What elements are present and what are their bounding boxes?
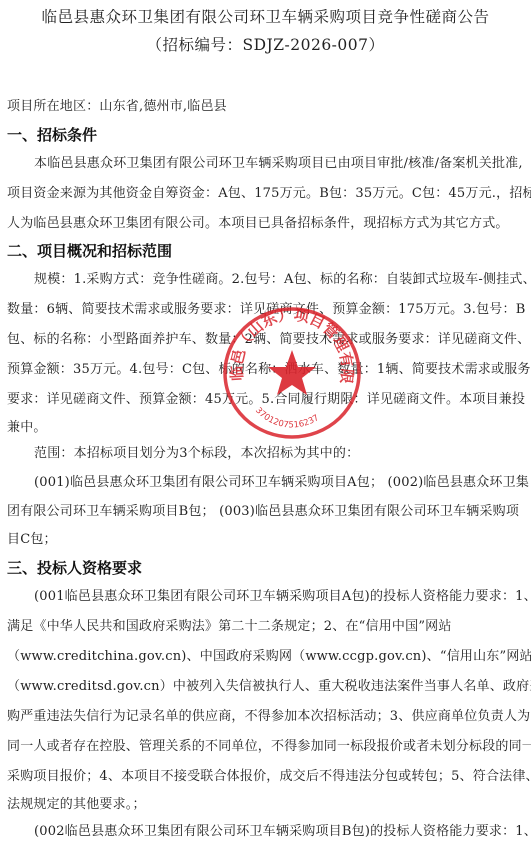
- paragraph-line: 项目资金来源为其他资金自筹资金：A包、175万元。B包：35万元。C包：45万元…: [7, 186, 527, 202]
- paragraph-line: 规模：1.采购方式：竞争性磋商。2.包号：A包、标的名称：自装卸式垃圾车-侧挂式…: [34, 272, 531, 288]
- paragraph-line: 满足《中华人民共和国政府采购法》第二十二条规定；2、在“信用中国”网站: [7, 619, 527, 635]
- paragraph-line: （www.creditsd.gov.cn）中被列入失信被执行人、重大税收违法案件…: [7, 679, 527, 695]
- paragraph-line: 采购项目报价；4、本项目不接受联合体报价，成交后不得违法分包或转包；5、符合法律…: [7, 769, 527, 785]
- paragraph-line: （www.creditchina.gov.cn)、中国政府采购网（www.ccg…: [7, 649, 527, 665]
- paragraph-line: 预算金额：35万元。4.包号：C包、标的名称：洒水车、数量：1辆、简要技术需求或…: [7, 362, 527, 378]
- section-heading-bidder-qualifications: 三、投标人资格要求: [7, 557, 142, 578]
- paragraph-line: (002临邑县惠众环卫集团有限公司环卫车辆采购项目B包)的投标人资格能力要求：1…: [34, 824, 531, 840]
- paragraph-line: 本临邑县惠众环卫集团有限公司环卫车辆采购项目已由项目审批/核准/备案机关批准,: [34, 156, 531, 172]
- document-title: 临邑县惠众环卫集团有限公司环卫车辆采购项目竞争性磋商公告: [0, 5, 531, 27]
- tender-number: （招标编号：SDJZ-2026-007）: [0, 33, 531, 55]
- paragraph-line: 要求：详见磋商文件、预算金额：45万元。5.合同履行期限：详见磋商文件。本项目兼…: [7, 392, 527, 408]
- paragraph-line: (001)临邑县惠众环卫集团有限公司环卫车辆采购项目A包； (002)临邑县惠众…: [34, 475, 531, 491]
- paragraph-line: 数量：6辆、简要技术需求或服务要求：详见磋商文件、预算金额：175万元。3.包号…: [7, 302, 527, 318]
- section-heading-project-overview: 二、项目概况和招标范围: [7, 240, 172, 261]
- paragraph-line: 法规规定的其他要求。；: [7, 797, 527, 813]
- paragraph-line: 团有限公司环卫车辆采购项目B包； (003)临邑县惠众环卫集团有限公司环卫车辆采…: [7, 504, 527, 520]
- project-location: 项目所在地区：山东省,德州市,临邑县: [7, 99, 527, 115]
- section-heading-tender-conditions: 一、招标条件: [7, 124, 97, 145]
- paragraph-line: 同一人或者存在控股、管理关系的不同单位，不得参加同一标段报价或者未划分标段的同一: [7, 739, 527, 755]
- paragraph-line: 人为临邑县惠众环卫集团有限公司。本项目已具备招标条件，现招标方式为其它方式。: [7, 216, 527, 232]
- paragraph-line: 兼中。: [7, 420, 527, 436]
- paragraph-line: 购严重违法失信行为记录名单的供应商，不得参加本次招标活动；3、供应商单位负责人为: [7, 709, 527, 725]
- paragraph-line: 范围：本招标项目划分为3个标段，本次招标为其中的：: [34, 446, 531, 462]
- paragraph-line: 包、标的名称：小型路面养护车、数量：2辆、简要技术需求或服务要求：详见磋商文件、: [7, 332, 527, 348]
- paragraph-line: 目C包；: [7, 532, 527, 548]
- paragraph-line: (001临邑县惠众环卫集团有限公司环卫车辆采购项目A包)的投标人资格能力要求：1…: [34, 589, 531, 605]
- announcement-page: 临邑县惠众环卫集团有限公司环卫车辆采购项目竞争性磋商公告 （招标编号：SDJZ-…: [0, 0, 531, 844]
